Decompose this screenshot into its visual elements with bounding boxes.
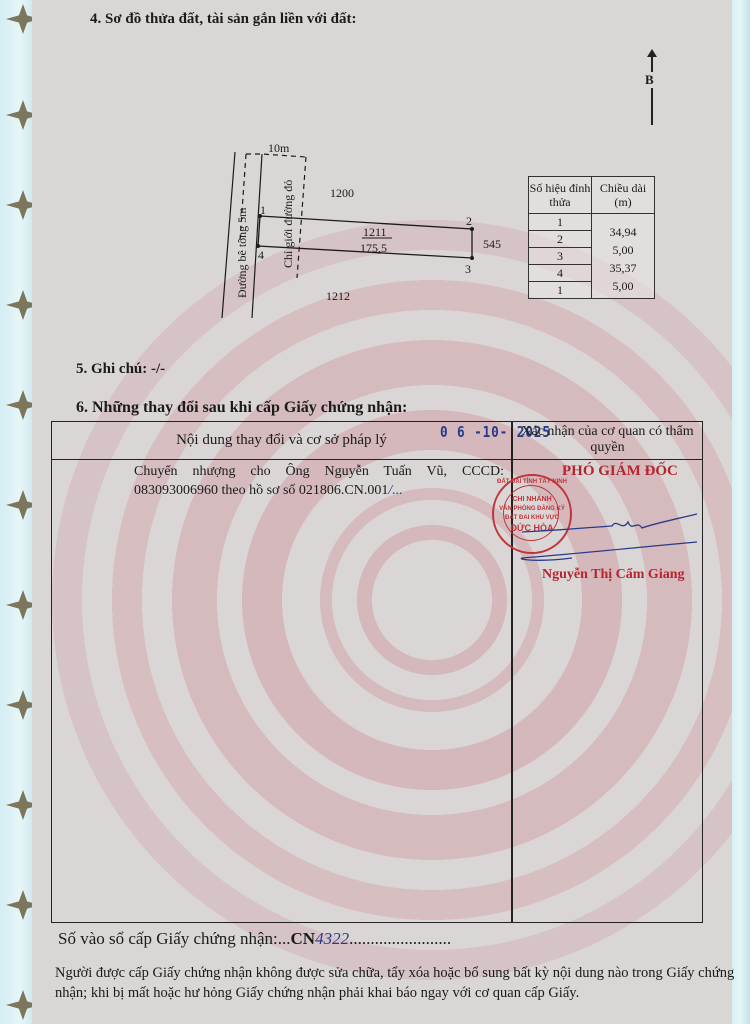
change-entry-line-2: 083093006960 theo hồ sơ số 021806.CN.001 [134,483,388,498]
vertex-cell: 1 [529,282,592,299]
section-5-title: 5. Ghi chú: -/- [76,361,165,378]
legal-notice: Người được cấp Giấy chứng nhận không đượ… [55,963,735,1003]
vertex-4: 4 [258,248,264,262]
neighbor-parcel-1212: 1212 [326,289,350,303]
edge-length-table: Số hiệu đỉnh thửa Chiều dài (m) 1 34,94 … [528,176,655,299]
length-value: 5,00 [592,241,654,259]
length-value: 5,00 [592,277,654,295]
registration-number-handwritten: 4322 [315,929,349,948]
road-width-label: 10m [268,141,290,155]
length-value: 34,94 [592,223,654,241]
handwritten-initials: /... [388,483,402,498]
changes-table: Nội dung thay đổi và cơ sở pháp lý 0 6 -… [51,421,703,923]
changes-table-header: Nội dung thay đổi và cơ sở pháp lý 0 6 -… [52,422,702,460]
vertex-cell: 2 [529,231,592,248]
vertex-cell: 3 [529,248,592,265]
column-header-confirmation: Xác nhận của cơ quan có thẩm quyền [513,424,702,456]
change-entry-line-1: Chuyển nhượng cho Ông Nguyễn Tuấn Vũ, CC… [134,462,504,481]
boundary-label: Chỉ giới đường đỏ [281,180,295,268]
registration-number: Số vào sổ cấp Giấy chứng nhận:...CN4322.… [58,929,451,949]
parcel-number: 1211 [363,225,387,239]
binder-strip-right [730,0,750,1024]
vertex-cell: 4 [529,265,592,282]
registration-prefix: CN [291,929,316,948]
header-length: Chiều dài (m) [592,177,655,214]
section-6-title: 6. Những thay đổi sau khi cấp Giấy chứng… [76,399,407,417]
header-vertex: Số hiệu đỉnh thửa [529,177,592,214]
road-label: Đường bê tông 5m [235,207,249,298]
approver-position: PHÓ GIÁM ĐỐC [562,463,678,480]
parcel-area: 175,5 [360,241,387,255]
length-value: 35,37 [592,259,654,277]
seal-ring-text: ĐẤT ĐAI TỈNH TÂY NINH [494,478,570,486]
change-entry: Chuyển nhượng cho Ông Nguyễn Tuấn Vũ, CC… [134,462,504,500]
length-cell: 34,94 5,00 35,37 5,00 [592,214,655,299]
vertex-1: 1 [260,203,266,217]
registration-label: Số vào sổ cấp Giấy chứng nhận:... [58,929,291,948]
vertex-2: 2 [466,214,472,228]
signer-name: Nguyễn Thị Cẩm Giang [542,567,685,583]
neighbor-parcel-545: 545 [483,237,501,251]
vertex-cell: 1 [529,214,592,231]
signature-icon [482,502,702,572]
vertex-3: 3 [465,262,471,276]
registration-dots: ........................ [349,929,451,948]
neighbor-parcel-1200: 1200 [330,186,354,200]
certificate-page: 4. Sơ đồ thửa đất, tài sản gắn liền với … [32,0,732,1024]
